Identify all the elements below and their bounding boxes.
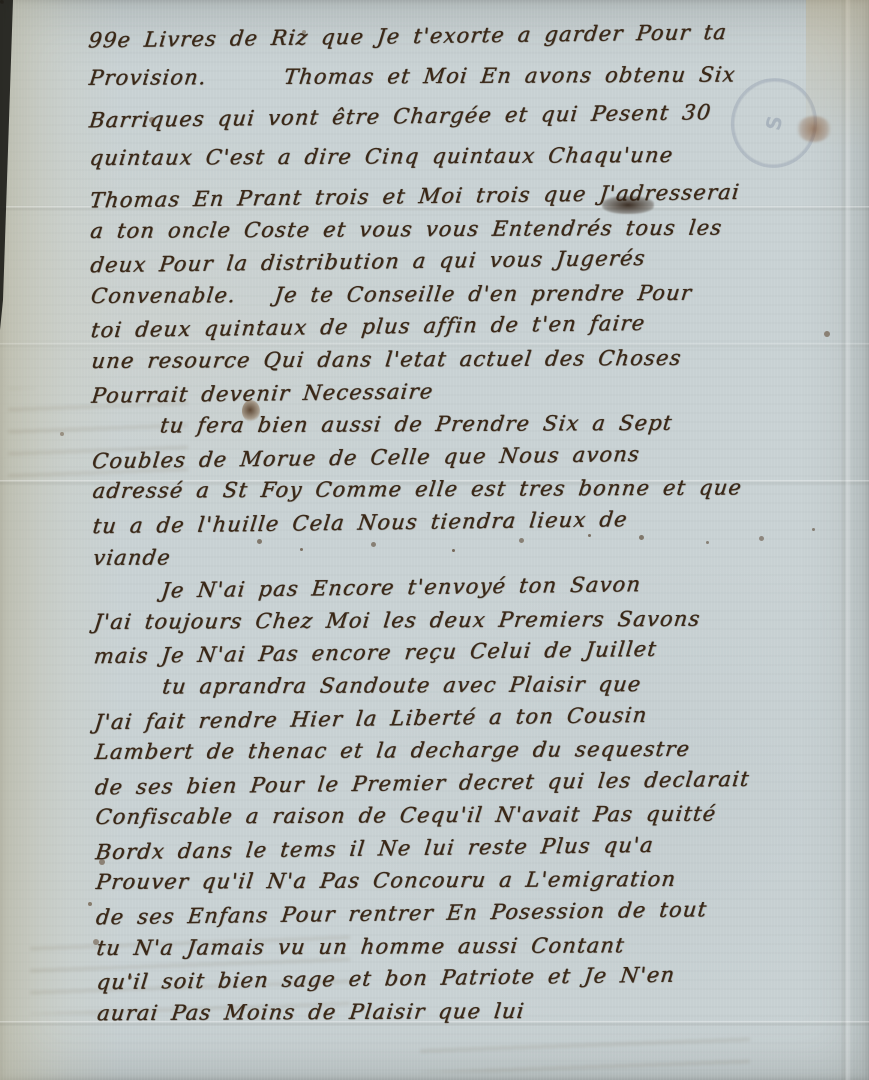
manuscript-line: Barriques qui vont être Chargée et qui P… — [89, 102, 857, 149]
ink-specks — [0, 0, 3, 3]
manuscript-line: aurai Pas Moins de Plaisir que lui — [97, 997, 865, 1036]
manuscript-line: quintaux C'est a dire Cinq quintaux Chaq… — [90, 142, 858, 189]
manuscript-line: 99e Livres de Riz que Je t'exorte a gard… — [89, 22, 857, 69]
letter-body: 99e Livres de Riz que Je t'exorte a gard… — [0, 0, 869, 1080]
manuscript-page: S 99e Livres de Riz que Je t'exorte a ga… — [0, 0, 869, 1080]
manuscript-line: Provision. Thomas et Moi En avons obtenu… — [89, 62, 857, 109]
